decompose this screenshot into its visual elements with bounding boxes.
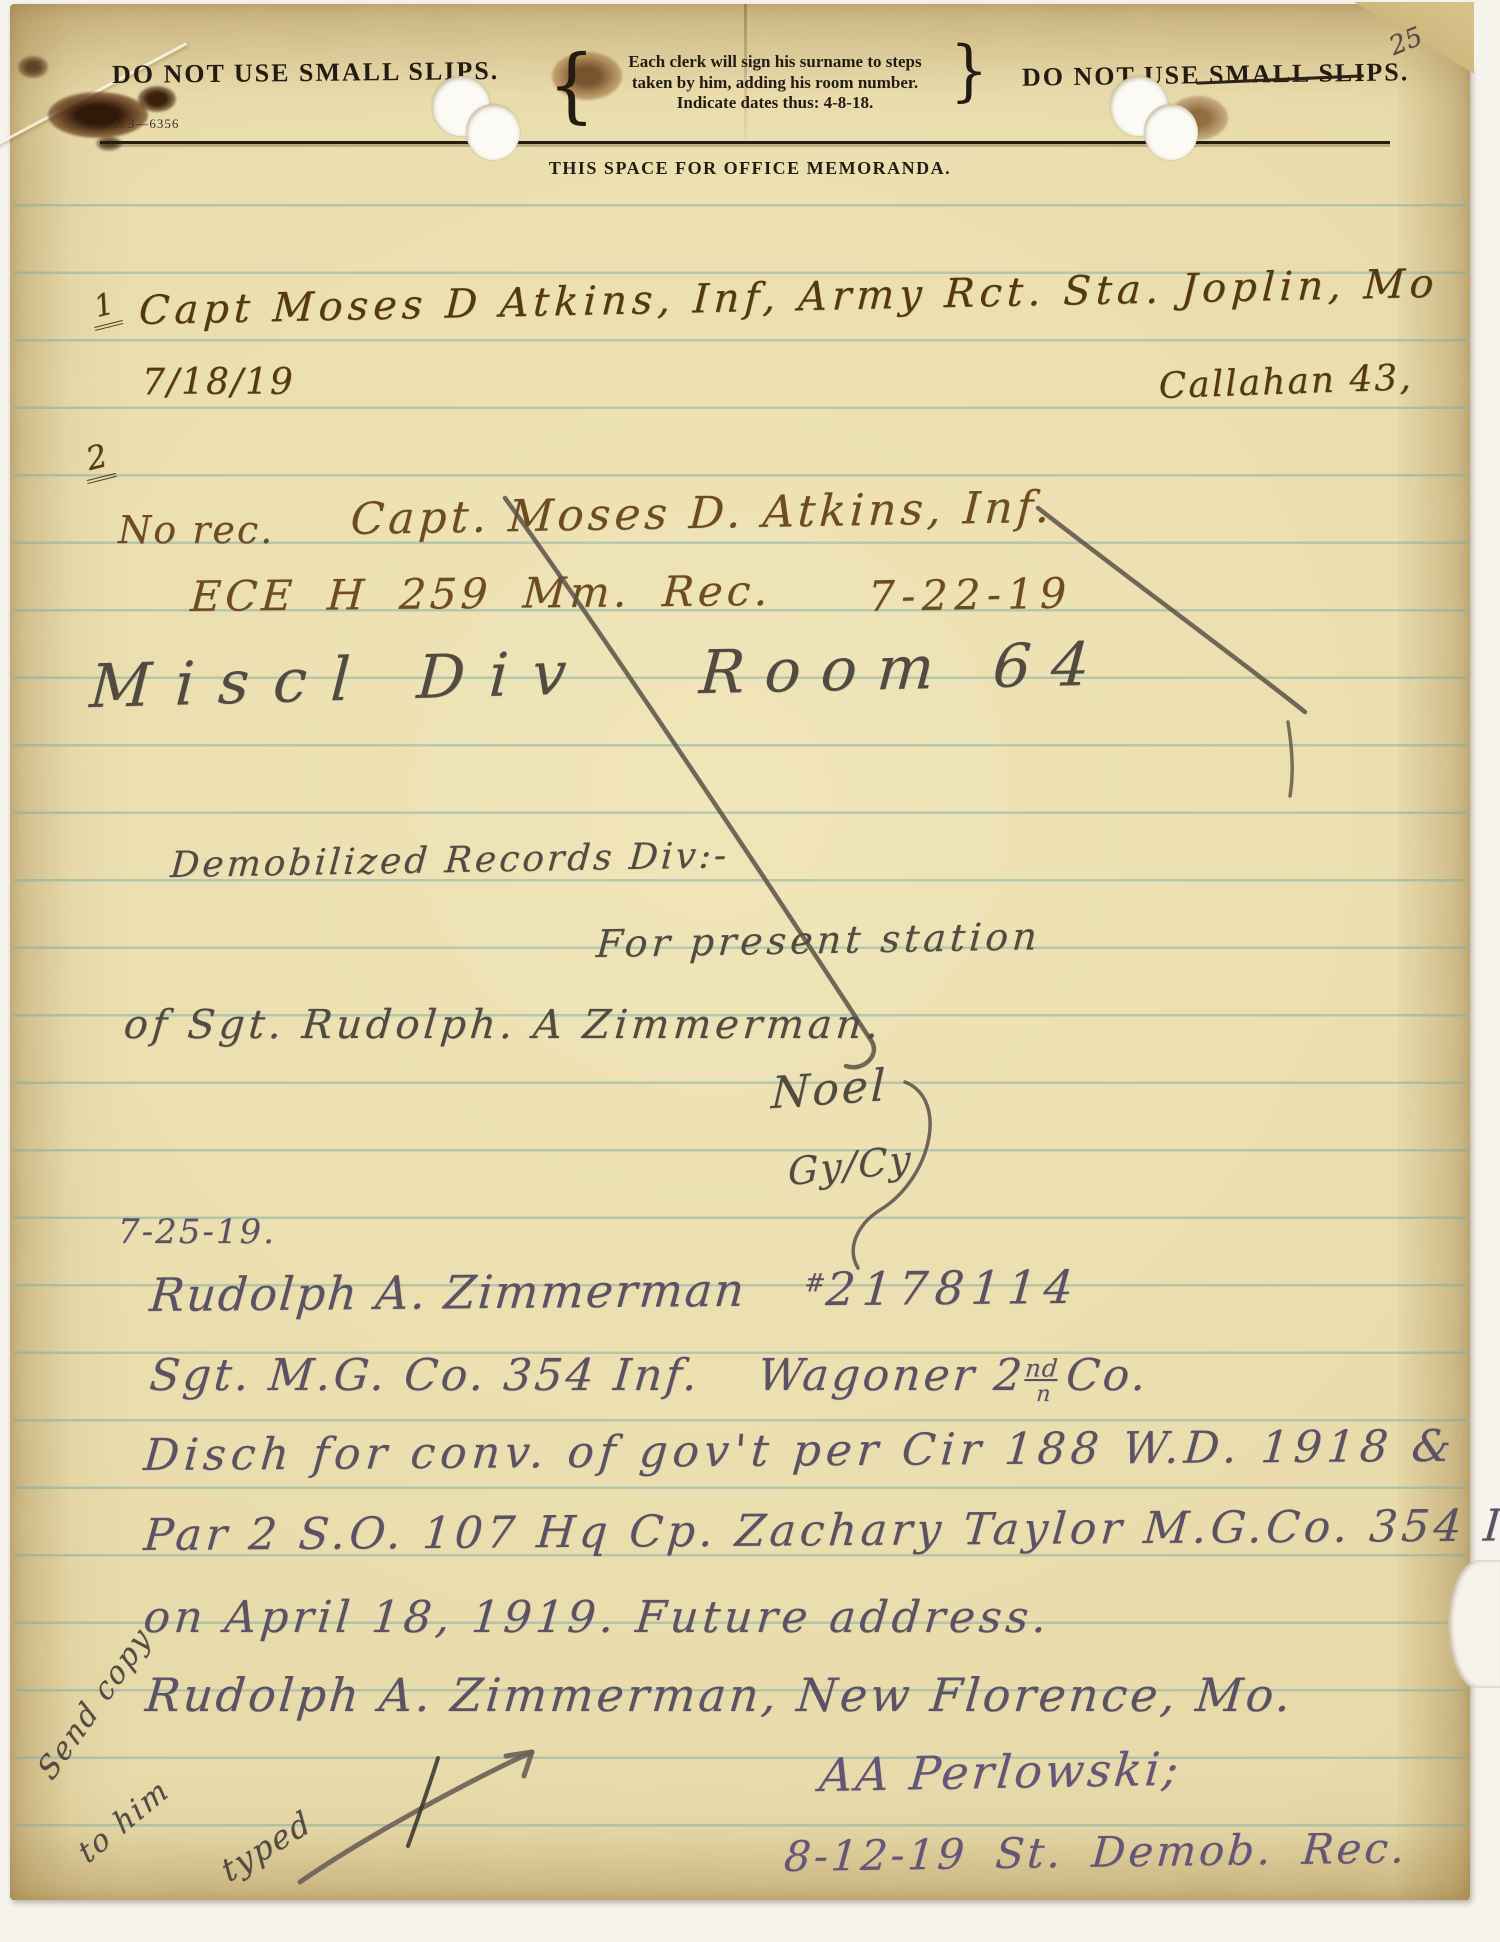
- perlowski-signature: AA Perlowski;: [817, 1742, 1183, 1802]
- serial-hash: #: [803, 1268, 827, 1297]
- instruction-line-1: Each clerk will sign his surname to step…: [575, 52, 975, 73]
- burn-stain: [18, 56, 48, 78]
- co-text: Co.: [1064, 1350, 1151, 1401]
- item-number-2: 2: [82, 438, 112, 481]
- serial-number: 2178114: [824, 1260, 1082, 1316]
- record-footer: 8-12-19 St. Demob. Rec.: [782, 1823, 1409, 1881]
- close-brace: }: [950, 33, 988, 110]
- record-name-line: Rudolph A. Zimmerman#2178114: [148, 1260, 1082, 1322]
- instruction-line-2: taken by him, adding his room number.: [575, 73, 975, 94]
- record-date: 7-25-19.: [118, 1212, 276, 1252]
- inserted-n: n: [1035, 1382, 1054, 1407]
- request-body-1: For present station: [595, 914, 1042, 966]
- burn-stain: [138, 86, 176, 112]
- item-number-2-text: 2: [77, 435, 117, 484]
- header-rule: [100, 141, 1390, 144]
- item-number-1-text: 1: [86, 285, 124, 331]
- paragraph-line: Par 2 S.O. 107 Hq Cp. Zachary Taylor M.G…: [142, 1500, 1500, 1561]
- request-body-2: of Sgt. Rudolph. A Zimmerman.: [122, 1002, 884, 1048]
- unit-text: Sgt. M.G. Co. 354 Inf.: [148, 1350, 703, 1401]
- record-unit-line: Sgt. M.G. Co. 354 Inf.Wagoner 2ndnCo.: [147, 1350, 1151, 1407]
- punch-hole: [1144, 104, 1198, 160]
- room-64: Room 64: [697, 629, 1111, 708]
- instruction-line-3: Indicate dates thus: 4-8-18.: [575, 93, 975, 114]
- form-number: C 3—6356: [114, 116, 179, 132]
- spacer: [745, 1305, 803, 1306]
- signature-noel: Noel: [770, 1060, 889, 1119]
- punch-hole: [466, 104, 520, 160]
- ece-line: ECE H 259 Mm. Rec.: [189, 566, 773, 621]
- memoranda-title: THIS SPACE FOR OFFICE MEMORANDA.: [470, 158, 1030, 179]
- record-name: Rudolph A. Zimmerman: [148, 1263, 748, 1322]
- memo-slip-scan: DO NOT USE SMALL SLIPS. C 3—6356 { Each …: [0, 0, 1500, 1942]
- discharge-line: Disch for conv. of gov't per Cir 188 W.D…: [142, 1421, 1458, 1481]
- clerk-instructions: Each clerk will sign his surname to step…: [575, 52, 975, 114]
- item-number-1: 1: [90, 288, 119, 328]
- date-address-line: on April 18, 1919. Future address.: [142, 1592, 1053, 1643]
- no-rec-prefix: No rec.: [118, 508, 274, 552]
- ink-date: 7/18/19: [142, 362, 295, 403]
- ece-line-date: 7-22-19: [868, 568, 1073, 621]
- right-edge-tear: [1448, 1560, 1500, 1688]
- miscl-div: Miscl Div: [88, 638, 592, 722]
- future-address-line: Rudolph A. Zimmerman, New Florence, Mo.: [143, 1668, 1296, 1722]
- ordinal-sup: nd: [1024, 1355, 1060, 1383]
- wagoner-text: Wagoner 2: [756, 1350, 1027, 1401]
